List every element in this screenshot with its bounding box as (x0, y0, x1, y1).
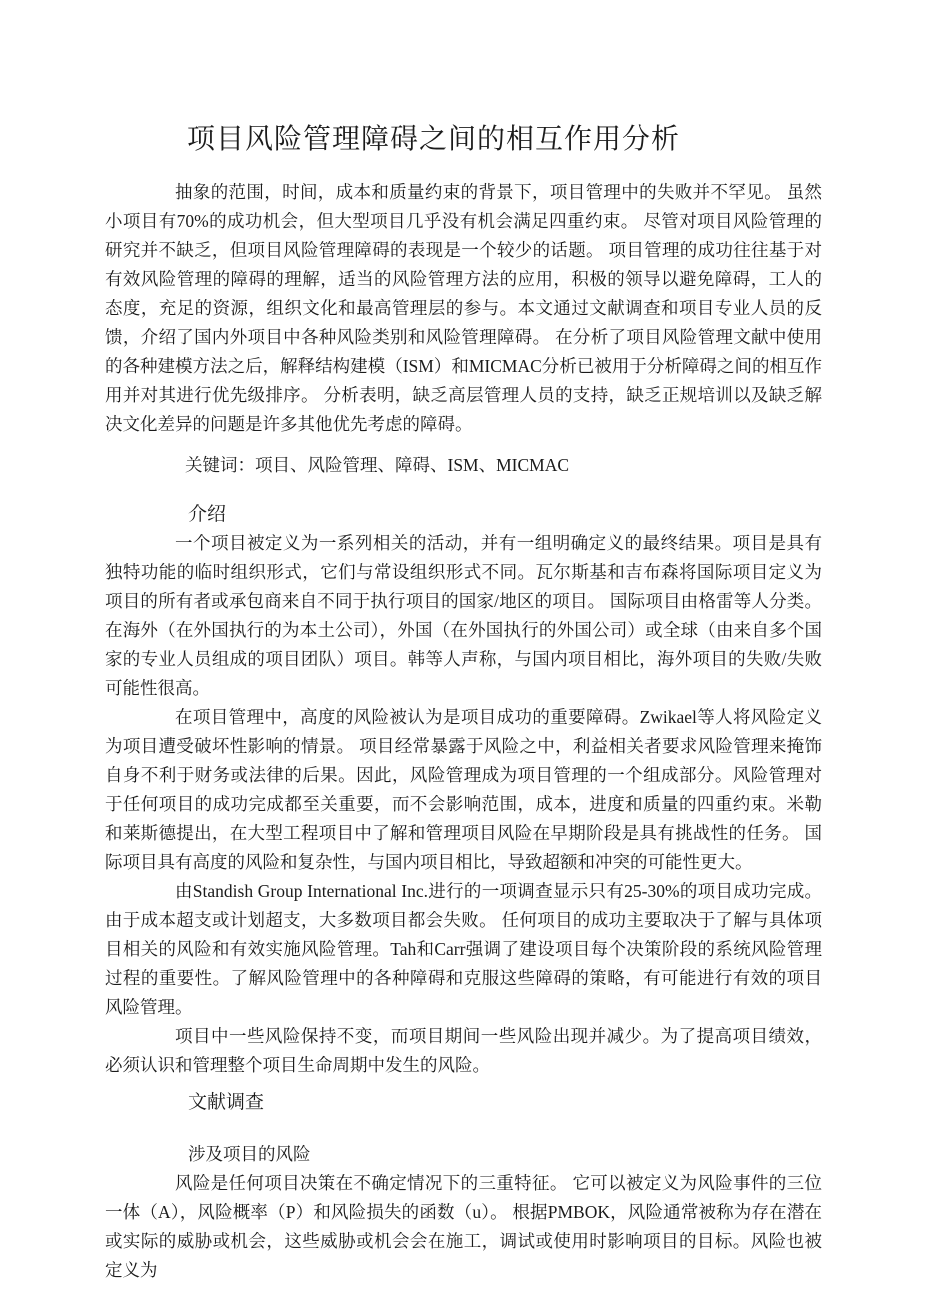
intro-paragraph-3: 由Standish Group International Inc.进行的一项调… (105, 877, 822, 1022)
page-title: 项目风险管理障碍之间的相互作用分析 (105, 122, 762, 158)
intro-paragraph-1: 一个项目被定义为一系列相关的活动，并有一组明确定义的最终结果。项目是具有独特功能… (105, 529, 822, 703)
intro-paragraph-4: 项目中一些风险保持不变，而项目期间一些风险出现并减少。为了提高项目绩效，必须认识… (105, 1022, 822, 1080)
intro-paragraph-2: 在项目管理中，高度的风险被认为是项目成功的重要障碍。Zwikael等人将风险定义… (105, 703, 822, 877)
section-heading-introduction: 介绍 (105, 500, 822, 529)
section-heading-literature-survey: 文献调查 (105, 1088, 822, 1117)
abstract-paragraph: 抽象的范围，时间，成本和质量约束的背景下，项目管理中的失败并不罕见。 虽然小项目… (105, 178, 822, 439)
subsection-heading-project-risks: 涉及项目的风险 (105, 1140, 822, 1169)
literature-paragraph-1: 风险是任何项目决策在不确定情况下的三重特征。 它可以被定义为风险事件的三位一体（… (105, 1169, 822, 1285)
keywords-line: 关键词：项目、风险管理、障碍、ISM、MICMAC (105, 451, 822, 480)
document-page: 项目风险管理障碍之间的相互作用分析 抽象的范围，时间，成本和质量约束的背景下，项… (0, 0, 926, 1309)
